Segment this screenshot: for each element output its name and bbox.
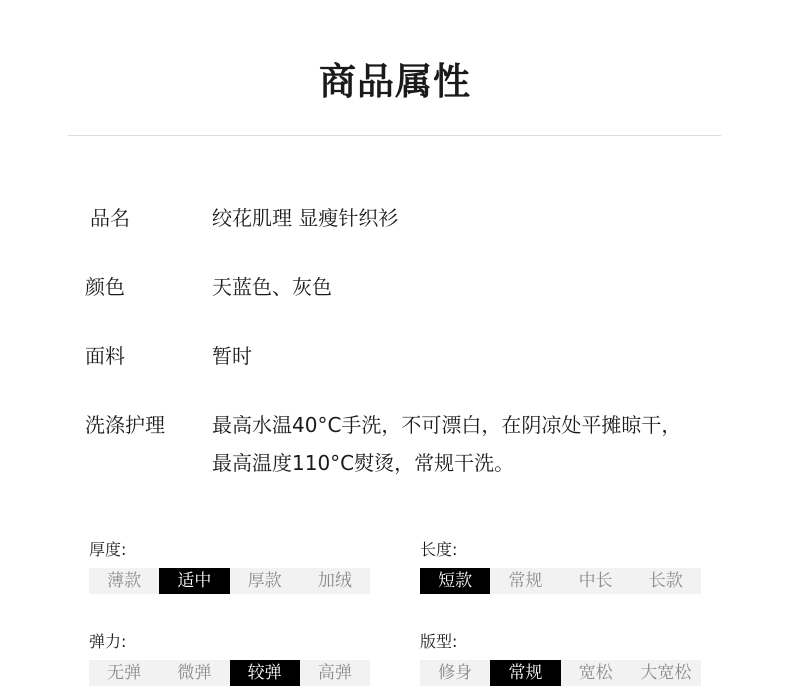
spec-option: 宽松	[561, 660, 631, 686]
spec-option: 加绒	[300, 568, 370, 594]
spec-label: 弹力:	[89, 632, 370, 654]
attr-value: 天蓝色、灰色	[212, 268, 687, 306]
spec-option: 中长	[561, 568, 631, 594]
spec-option: 修身	[420, 660, 490, 686]
spec-option-bar: 短款 常规 中长 长款	[420, 568, 701, 594]
spec-fit: 版型: 修身 常规 宽松 大宽松	[420, 632, 701, 686]
spec-option: 薄款	[89, 568, 159, 594]
spec-option-bar: 薄款 适中 厚款 加绒	[89, 568, 370, 594]
product-attributes-page: 商品属性 品名 绞花肌理 显瘦针织衫 颜色 天蓝色、灰色 面料 暂时 洗涤护理 …	[0, 0, 790, 686]
spec-option-bar: 修身 常规 宽松 大宽松	[420, 660, 701, 686]
spec-option: 厚款	[230, 568, 300, 594]
attr-label: 面料	[85, 337, 125, 375]
spec-option-bar: 无弹 微弹 较弹 高弹	[89, 660, 370, 686]
attr-label: 颜色	[85, 268, 125, 306]
spec-option: 常规	[490, 568, 560, 594]
spec-option: 高弹	[300, 660, 370, 686]
attr-value: 暂时	[212, 337, 687, 375]
title-divider	[68, 135, 721, 136]
spec-option-selected: 较弹	[230, 660, 300, 686]
attr-label: 洗涤护理	[85, 406, 165, 444]
spec-elasticity: 弹力: 无弹 微弹 较弹 高弹	[89, 632, 370, 686]
spec-option-selected: 短款	[420, 568, 490, 594]
spec-option-selected: 适中	[159, 568, 229, 594]
spec-label: 长度:	[420, 540, 701, 562]
spec-thickness: 厚度: 薄款 适中 厚款 加绒	[89, 540, 370, 594]
spec-label: 厚度:	[89, 540, 370, 562]
spec-label: 版型:	[420, 632, 701, 654]
attr-label: 品名	[90, 199, 130, 237]
spec-length: 长度: 短款 常规 中长 长款	[420, 540, 701, 594]
spec-option: 大宽松	[631, 660, 701, 686]
spec-option: 微弹	[159, 660, 229, 686]
attr-value: 绞花肌理 显瘦针织衫	[212, 199, 687, 237]
page-title: 商品属性	[0, 58, 790, 106]
attr-value: 最高水温40°C手洗，不可漂白，在阴凉处平摊晾干，最高温度110°C熨烫，常规干…	[212, 406, 682, 482]
spec-option-selected: 常规	[490, 660, 560, 686]
spec-option: 无弹	[89, 660, 159, 686]
spec-option: 长款	[631, 568, 701, 594]
